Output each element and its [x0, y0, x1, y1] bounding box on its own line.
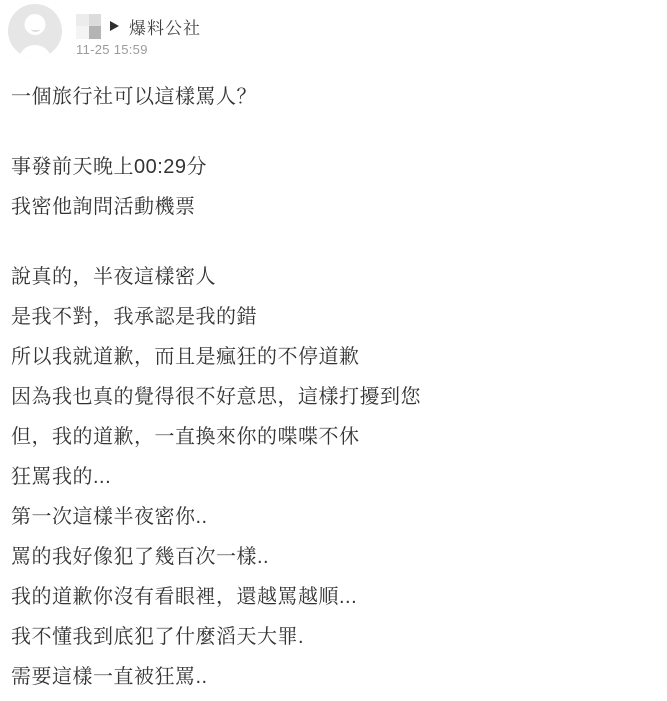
post-paragraph: 我的道歉你沒有看眼裡，還越罵越順... [11, 577, 653, 617]
post-paragraph: 需要這樣一直被狂罵.. [11, 657, 653, 697]
post-paragraph: 是我不對，我承認是我的錯 [11, 297, 653, 337]
post-header: 爆料公社 11-25 15:59 [0, 0, 667, 60]
post-paragraph: 我密他詢問活動機票 [11, 187, 653, 227]
person-shoulders-icon [18, 45, 52, 58]
post-paragraph: 說真的，半夜這樣密人 [11, 257, 653, 297]
post-card: 爆料公社 11-25 15:59 一個旅行社可以這樣罵人？事發前天晚上00:29… [0, 0, 667, 697]
avatar[interactable] [8, 4, 62, 58]
header-meta: 爆料公社 11-25 15:59 [76, 4, 201, 57]
group-name-link[interactable]: 爆料公社 [129, 14, 201, 39]
post-paragraph: 罵的我好像犯了幾百次一樣.. [11, 537, 653, 577]
post-paragraph: 因為我也真的覺得很不好意思，這樣打擾到您 [11, 377, 653, 417]
post-timestamp: 11-25 15:59 [76, 42, 201, 57]
post-blank-line [11, 227, 653, 257]
post-body: 一個旅行社可以這樣罵人？事發前天晚上00:29分我密他詢問活動機票說真的，半夜這… [0, 60, 667, 697]
author-name-redacted[interactable] [76, 14, 101, 39]
smile-icon [31, 27, 40, 32]
author-row: 爆料公社 [76, 13, 201, 39]
post-paragraph: 所以我就道歉，而且是瘋狂的不停道歉 [11, 337, 653, 377]
shared-to-arrow-icon [110, 21, 119, 31]
post-paragraph: 狂罵我的... [11, 457, 653, 497]
post-paragraph: 事發前天晚上00:29分 [11, 147, 653, 187]
post-paragraph: 但，我的道歉，一直換來你的喋喋不休 [11, 417, 653, 457]
post-paragraph: 一個旅行社可以這樣罵人？ [11, 77, 653, 117]
post-paragraph: 我不懂我到底犯了什麼滔天大罪. [11, 617, 653, 657]
post-blank-line [11, 117, 653, 147]
post-paragraph: 第一次這樣半夜密你.. [11, 497, 653, 537]
person-icon [25, 14, 46, 35]
